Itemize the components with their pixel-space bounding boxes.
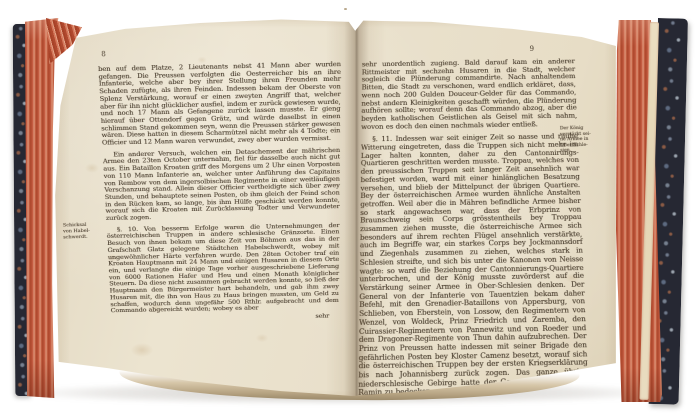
right-paragraph-1: sehr unordentlich zugieng. Bald darauf k… — [361, 58, 577, 131]
left-page-text-block: ben auf dem Platze, 2 Lieutenants nebst … — [98, 61, 341, 324]
left-paragraph-1: ben auf dem Platze, 2 Lieutenants nebst … — [98, 61, 341, 147]
left-paragraph-2: Ein anderer Versuch, welchen ein Detasch… — [102, 147, 340, 222]
right-page-text-block: sehr unordentlich zugieng. Bald darauf k… — [358, 58, 590, 415]
right-page-column: 9 sehr unordentlich zugieng. Bald darauf… — [358, 44, 590, 415]
page-number-left: 8 — [101, 50, 106, 58]
left-page-column: 8 ben auf dem Platze, 2 Lieutenants nebs… — [97, 45, 341, 323]
photo-background: 8 ben auf dem Platze, 2 Lieutenants nebs… — [0, 0, 700, 420]
margin-note-right: Der König verstärkt sei- ne Armee in Obe… — [560, 126, 606, 155]
margin-note-left: Schicksal von Habel- schwerdt. — [63, 221, 103, 241]
left-paragraph-3: §. 10. Von besserm Erfolge waren die Unt… — [106, 222, 339, 314]
page-number-right: 9 — [529, 45, 534, 53]
open-pages: 8 ben auf dem Platze, 2 Lieutenants nebs… — [50, 16, 628, 406]
right-paragraph-2: §. 11. Indessen war seit einiger Zeit so… — [358, 133, 589, 398]
volume-signature: V. St. — [358, 404, 376, 413]
left-fore-edge — [25, 18, 59, 398]
dust-speck — [344, 8, 347, 10]
left-page-catchword: sehr — [111, 313, 339, 324]
